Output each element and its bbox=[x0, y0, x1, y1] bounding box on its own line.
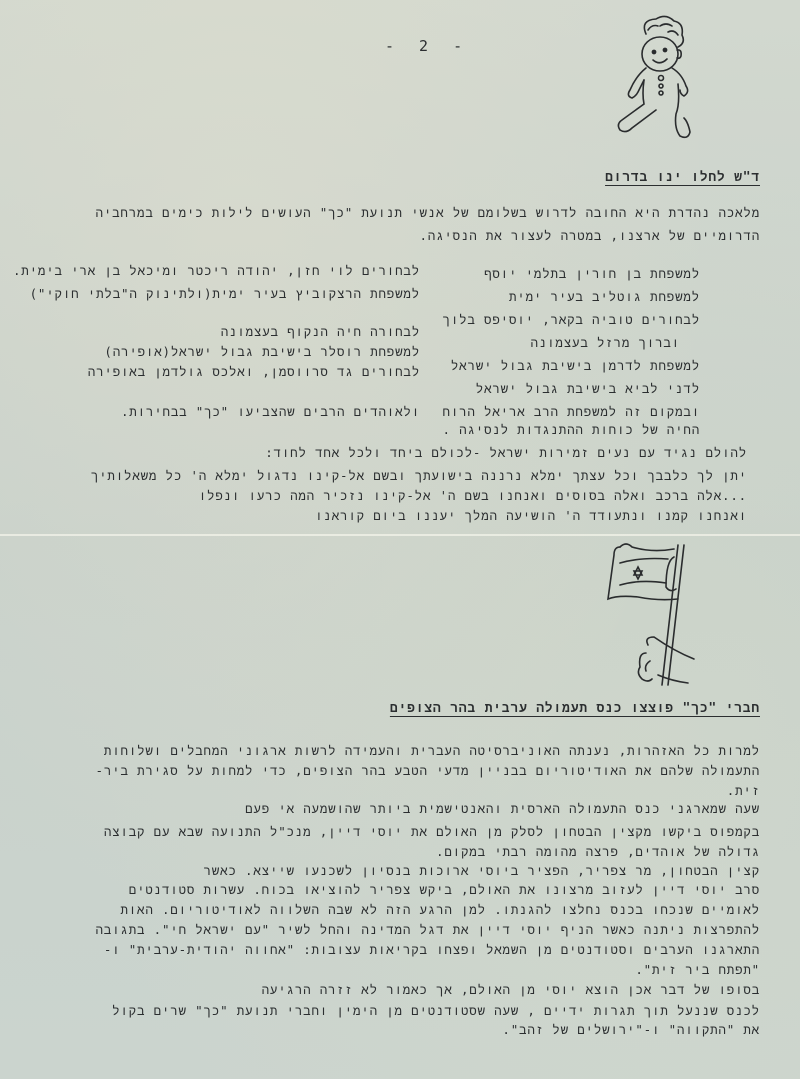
hand-flag-drawing-icon bbox=[598, 535, 728, 695]
doll-drawing-icon bbox=[598, 12, 718, 162]
article-line: זית. bbox=[727, 781, 760, 801]
greeting-line: ובמקום זה למשפחת הרב אריאל הרוח bbox=[443, 402, 700, 422]
blessing-line: ואנחנו קמנו ונתעודד ה' הושיעה המלך יעננו… bbox=[315, 506, 747, 526]
blessing-line: להולם נגיד עם נעים זמירות ישראל -לכולם ב… bbox=[265, 443, 747, 463]
article-line: את "התקווה" ו-"ירושלים של זהב". bbox=[502, 1020, 760, 1040]
article-line: התעמולה שלהם את האודיטוריום בבניין מדעי … bbox=[96, 761, 760, 781]
section-2-heading: חברי "כך" פוצצו כנס תעמולה ערבית בהר הצו… bbox=[390, 699, 760, 719]
greeting-line: למשפחת לדרמן בישיבת גבול ישראל bbox=[451, 356, 700, 376]
greeting-line: לבחורים לוי חזן, יהודה ריכטר ומיכאל בן א… bbox=[13, 261, 420, 281]
greeting-line: למשפחת בן חורין בתלמי יוסף bbox=[484, 264, 700, 284]
article-line: סרב יוסי דיין לעזוב מרצונו את האולם, ביק… bbox=[129, 880, 760, 900]
section-1-intro-line-1: מלאכה נהדרת היא החובה לדרוש בשלומם של אנ… bbox=[96, 203, 760, 223]
article-line: התארגנו הערבים וסטודנטים מן השמאל ופצחו … bbox=[104, 940, 760, 960]
greeting-line: החיה של כוחות ההתנגדות לנסיגה . bbox=[443, 420, 700, 440]
greeting-line: לבחורים טוביה בקאר, יוסיפס בלוך bbox=[443, 310, 700, 330]
article-line: לכנס שננעל תוך תגרות ידיים , שעה שסטודנט… bbox=[112, 1001, 760, 1021]
article-line: גדולה של אוהדים, פרצה מהומה רבתי במקום. bbox=[436, 842, 760, 862]
greeting-line: לבחורים גד סרווסמן, ואלכס גולדמן באופירה bbox=[88, 362, 420, 382]
article-line: שעה שמארגני כנס התעמולה הארסית והאנטישמי… bbox=[245, 799, 760, 819]
greeting-line: לבחורה חיה הנקוף בעצמונה bbox=[221, 322, 420, 342]
article-line: "תפתח ביר זית". bbox=[635, 960, 760, 980]
article-line: למרות כל האזהרות, נענתה האוניברסיטה העבר… bbox=[104, 741, 760, 761]
blessing-line: ...אלה ברכב ואלה בסוסים ואנחנו בשם ה' אל… bbox=[199, 486, 747, 506]
greeting-line: לדני לביא בישיבת גבול ישראל bbox=[476, 379, 700, 399]
blessing-line: יתן לך כלבבך וכל עצתך ימלא נרננה בישועתך… bbox=[91, 466, 747, 486]
article-line: בקמפוס ביקשו מקצין הבטחון לסלק מן האולם … bbox=[104, 822, 760, 842]
greeting-line: למשפחת הרצקוביץ בעיר ימית(ולתינוק ה"בלתי… bbox=[30, 284, 420, 304]
article-line: להתפרצות ניתנה כאשר הניף יוסי דיין את דג… bbox=[95, 920, 760, 940]
article-line: בסופו של דבר אכן הוצא יוסי מן האולם, אך … bbox=[262, 980, 760, 1000]
article-line: לאומיים שנכחו בכנס נחלצו להגנתו. למן הרג… bbox=[120, 900, 760, 920]
greeting-line: למשפחת רוסלר בישיבת גבול ישראל(אופירה) bbox=[104, 342, 420, 362]
greeting-line: ולאוהדים הרבים שהצביעו "כך" בבחירות. bbox=[121, 402, 420, 422]
page-number: - 2 - bbox=[385, 36, 470, 56]
article-line: קצין הבטחון, מר צפריר, הפציר ביוסי ארוכו… bbox=[204, 861, 761, 881]
greeting-line: למשפחת גוטליב בעיר ימית bbox=[509, 287, 700, 307]
greeting-line: וברוך מרזל בעצמונה bbox=[531, 333, 680, 353]
section-1-intro-line-2: הדרומיים של ארצנו, במטרה לעצור את הנסיגה… bbox=[419, 226, 760, 246]
section-1-heading: ד"ש לחלו ינו בדרום bbox=[605, 168, 760, 188]
